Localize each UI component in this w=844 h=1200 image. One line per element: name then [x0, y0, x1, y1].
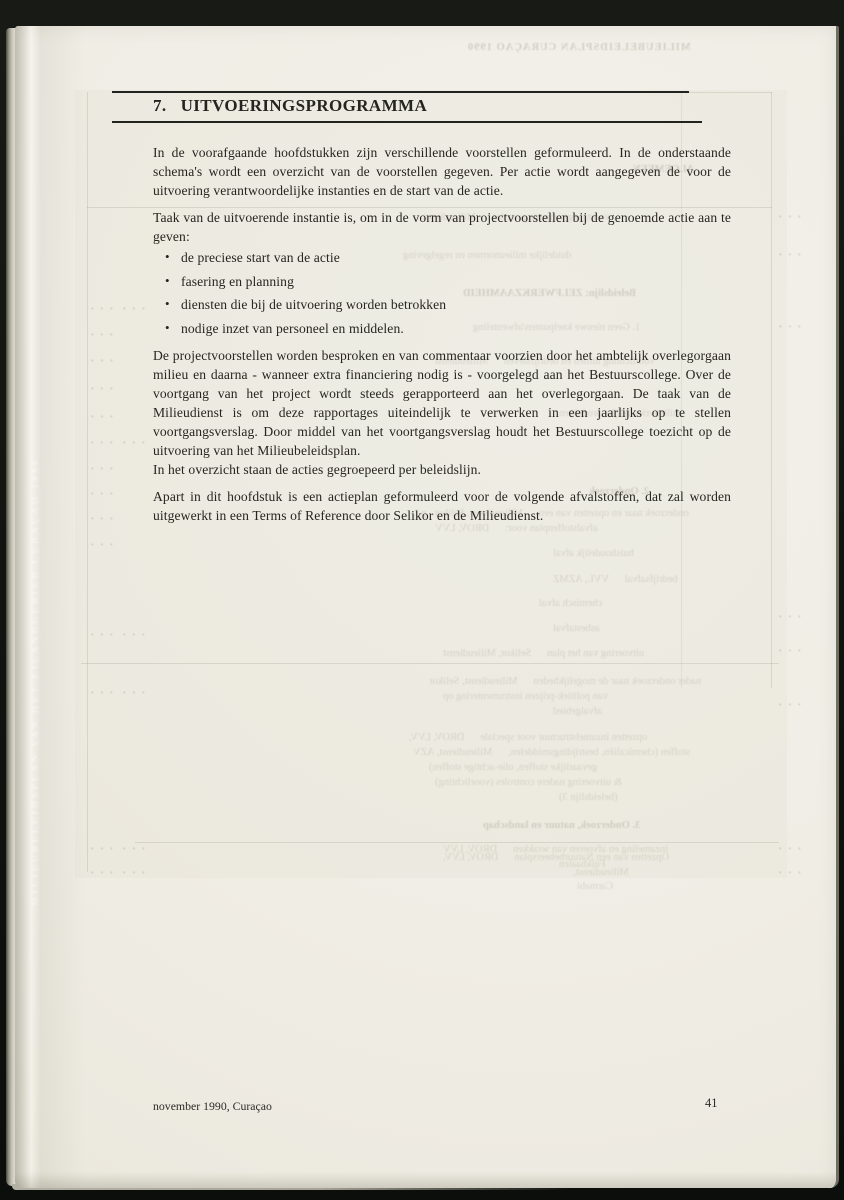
ghost-star-cluster: • • • [91, 438, 115, 447]
ghost-star-cluster: • • • [91, 412, 115, 421]
ghost-star-cluster: • • • [91, 844, 115, 853]
page-title: 7.UITVOERINGSPROGRAMMA [153, 96, 713, 116]
ghost-text-line: Opzetten van een Natuurbeheersplan DROV,… [443, 852, 669, 864]
ghost-star-cluster: • • • [91, 304, 115, 313]
paragraph-task: Taak van de uitvoerende instantie is, om… [153, 208, 731, 246]
ghost-star-cluster: • • • [91, 688, 115, 697]
ghost-text-line: & uitvoering nadere controles (voorlicht… [435, 777, 622, 789]
ghost-star-cluster: • • • [779, 646, 803, 655]
ghost-star-cluster: • • • [91, 868, 115, 877]
ghost-star-cluster: • • • [91, 489, 115, 498]
paragraph-procedure: De projectvoorstellen worden besproken e… [153, 346, 731, 460]
ghost-text-line: Milieudienst, [573, 867, 629, 879]
ghost-text-line: inzameling en afvoeren van wrakken DROV,… [443, 844, 668, 856]
ghost-star-cluster: • • • [91, 514, 115, 523]
ghost-star-cluster: • • • [123, 438, 147, 447]
ghost-text-line: 3. Onderzoek, natuur en landschap [483, 820, 640, 832]
ghost-star-cluster: • • • [91, 330, 115, 339]
ghost-star-cluster: • • • [123, 868, 147, 877]
ghost-star-cluster: • • • [123, 630, 147, 639]
bullet-glyph: • [165, 271, 170, 290]
ghost-table-border-left [87, 92, 88, 872]
bullet-item: •nodige inzet van personeel en middelen. [153, 319, 731, 338]
heading-rule-bottom [112, 121, 702, 123]
ghost-star-cluster: • • • [779, 250, 803, 259]
bullet-glyph: • [165, 318, 170, 337]
bullet-text: de preciese start van de actie [181, 250, 340, 265]
ghost-star-cluster: • • • [123, 688, 147, 697]
ghost-text-line: van politiek-prijzen instrumentering op [443, 691, 608, 703]
ghost-star-cluster: • • • [779, 868, 803, 877]
ghost-text-line: stoffen (chemicaliën, bestrijdingsmiddel… [413, 747, 690, 759]
chapter-number: 7. [153, 96, 167, 115]
footer-date-place: november 1990, Curaçao [153, 1099, 272, 1114]
ghost-text-line: chemisch afval [539, 598, 602, 610]
bullet-item: •de preciese start van de actie [153, 248, 731, 267]
ghost-star-cluster: • • • [779, 612, 803, 621]
chapter-title: UITVOERINGSPROGRAMMA [181, 96, 428, 115]
ghost-star-cluster: • • • [91, 356, 115, 365]
ghost-text-line: opzetten inzamelstructuur voor speciale … [409, 732, 647, 744]
paragraph-intro: In de voorafgaande hoofdstukken zijn ver… [153, 143, 731, 200]
ghost-table-border-right [771, 92, 772, 688]
bullet-text: fasering en planning [181, 274, 294, 289]
ghost-text-line: Fuikbaaien [559, 859, 606, 871]
ghost-star-cluster: • • • [779, 700, 803, 709]
scanned-document-page: MILIEUBELEIDSPLAN CURAÇAO 1990 ALGEMEENv… [15, 26, 839, 1188]
body-text-column: In de voorafgaande hoofdstukken zijn ver… [153, 143, 731, 533]
ghost-table-rule-3 [135, 842, 779, 843]
ghost-text-line: uitvoering van het plan Selikor, Milieud… [443, 648, 644, 660]
scanner-background: MILIEUBELEIDSPLAN CURAÇAO 1990 ALGEMEENv… [0, 0, 844, 1200]
ghost-star-cluster: • • • [779, 212, 803, 221]
bullet-text: nodige inzet van personeel en middelen. [181, 321, 404, 336]
heading-rule-top [112, 91, 689, 93]
ghost-star-cluster: • • • [779, 844, 803, 853]
bullet-item: •fasering en planning [153, 272, 731, 291]
bullet-text: diensten die bij de uitvoering worden be… [181, 297, 446, 312]
paragraph-action-plan: Apart in dit hoofdstuk is een actieplan … [153, 487, 731, 525]
ghost-star-cluster: • • • [91, 630, 115, 639]
spine-shadow [15, 26, 85, 1188]
bullet-list: •de preciese start van de actie•fasering… [153, 248, 731, 338]
ghost-text-line: Carmabi [577, 881, 613, 893]
page-number: 41 [705, 1096, 718, 1111]
ghost-running-header: MILIEUBELEIDSPLAN CURAÇAO 1990 [467, 42, 691, 53]
ghost-star-cluster: • • • [91, 540, 115, 549]
bullet-glyph: • [165, 294, 170, 313]
ghost-text-line: (beleidslijn 3) [559, 792, 618, 804]
ghost-text-line: nader onderzoek naar de mogelijkheden Mi… [429, 676, 701, 688]
ghost-star-cluster: • • • [123, 304, 147, 313]
ghost-text-line: gevaarlijke stoffen, olie-achtige stoffe… [429, 762, 597, 774]
ghost-star-cluster: • • • [123, 844, 147, 853]
ghost-text-line: asbestafval [553, 623, 600, 635]
ghost-text-line: bedrijfsafval VVL, AZMZ [553, 574, 678, 586]
ghost-star-cluster: • • • [91, 464, 115, 473]
paragraph-overview-note: In het overzicht staan de acties gegroep… [153, 460, 731, 479]
ghost-text-line: huishoudelijk afval [553, 548, 634, 560]
ghost-table-rule-2 [81, 663, 779, 664]
ghost-star-cluster: • • • [91, 384, 115, 393]
ghost-text-line: afvalgebied [553, 706, 602, 718]
bullet-item: •diensten die bij de uitvoering worden b… [153, 295, 731, 314]
ghost-star-cluster: • • • [779, 322, 803, 331]
bullet-glyph: • [165, 247, 170, 266]
spine-embossed-text: MILIEUBELEIDSPLAN VAN HET EILANDGEBIED C… [31, 266, 47, 906]
bottom-shadow [15, 1172, 836, 1188]
